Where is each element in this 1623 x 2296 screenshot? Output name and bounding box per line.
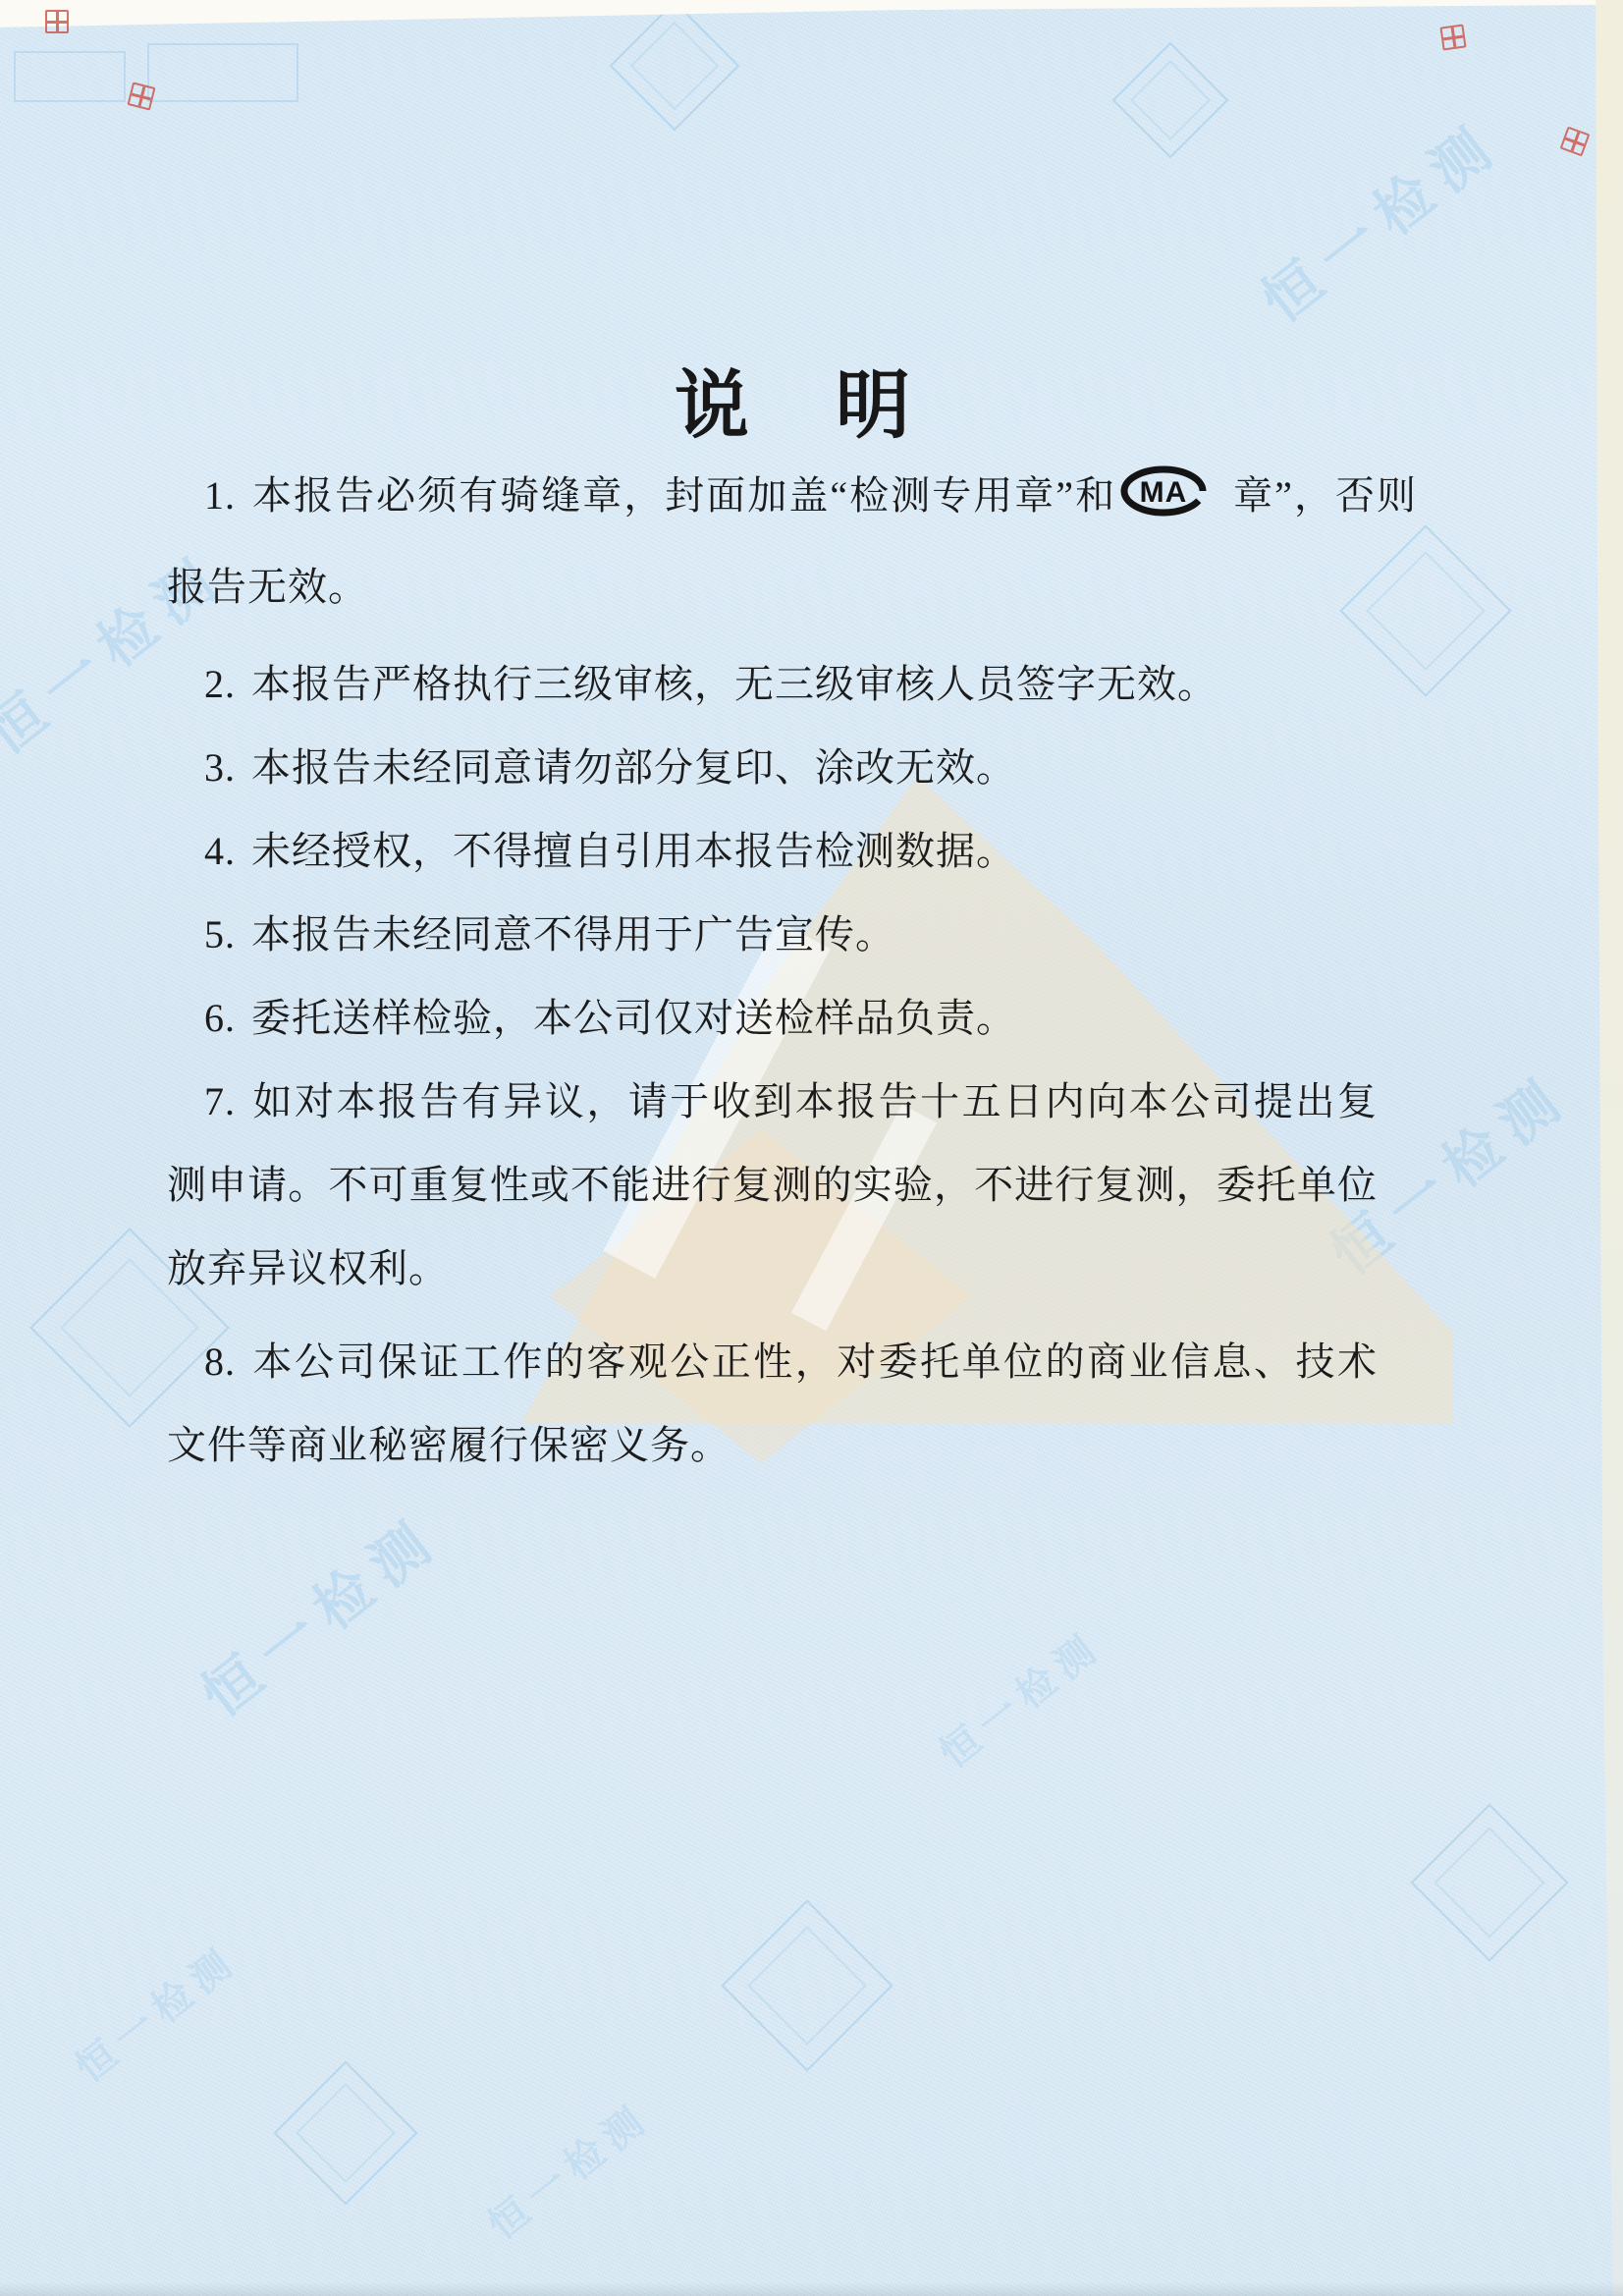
svg-text:MA: MA xyxy=(1140,476,1188,509)
item-number: 8. xyxy=(204,1339,236,1384)
watermark-company-text: 恒一检测 xyxy=(182,1493,456,1732)
item-number: 7. xyxy=(204,1079,236,1123)
notice-item-5: 5.本报告未经同意不得用于广告宣传。 xyxy=(167,893,1417,976)
watermark-diamond xyxy=(273,2060,417,2205)
watermark-rectangle xyxy=(14,51,126,102)
notice-item-2: 2.本报告严格执行三级审核，无三级审核人员签字无效。 xyxy=(167,642,1417,726)
item-text: 本报告未经同意不得用于广告宣传。 xyxy=(251,912,895,957)
red-stamp-fragment xyxy=(1439,24,1466,50)
item-number: 1. xyxy=(204,473,236,518)
item-number: 5. xyxy=(204,912,236,957)
notice-item-1: 1.本报告必须有骑缝章，封面加盖“检测专用章”和MA章”，否则报告无效。 xyxy=(167,454,1417,629)
item-text: 本报告未经同意请勿部分复印、涂改无效。 xyxy=(251,745,1016,790)
item-number: 2. xyxy=(204,662,236,706)
watermark-company-text: 恒一检测 xyxy=(1242,98,1516,338)
item-number: 6. xyxy=(204,996,236,1040)
watermark-rectangle xyxy=(147,43,298,102)
scanned-document-page: 恒一检测 恒一检测 恒一检测 恒一检测 恒一检测 恒一检测 恒一检测 说 明 1… xyxy=(0,0,1623,2296)
item-text-before-cma: 本报告必须有骑缝章，封面加盖“检测专用章”和 xyxy=(251,473,1116,518)
item-text: 未经授权，不得擅自引用本报告检测数据。 xyxy=(251,829,1016,873)
red-stamp-fragment xyxy=(1560,127,1591,157)
watermark-diamond xyxy=(1410,1803,1568,1961)
notice-item-6: 6.委托送样检验，本公司仅对送检样品负责。 xyxy=(167,976,1417,1060)
item-number: 3. xyxy=(204,745,236,790)
watermark-company-text: 恒一检测 xyxy=(62,1931,248,2094)
watermark-diamond xyxy=(610,1,740,132)
item-text: 委托送样检验，本公司仅对送检样品负责。 xyxy=(251,996,1016,1040)
notice-list: 1.本报告必须有骑缝章，封面加盖“检测专用章”和MA章”，否则报告无效。 2.本… xyxy=(167,454,1417,1487)
scanner-edge-top xyxy=(0,0,1623,33)
scanner-edge-right xyxy=(1590,0,1623,2296)
watermark-diamond xyxy=(1112,42,1229,159)
item-text: 本报告严格执行三级审核，无三级审核人员签字无效。 xyxy=(251,662,1217,706)
red-stamp-fragment xyxy=(45,10,69,33)
notice-item-7: 7.如对本报告有异议，请于收到本报告十五日内向本公司提出复测申请。不可重复性或不… xyxy=(167,1060,1417,1310)
page-title: 说 明 xyxy=(0,346,1591,453)
scanner-edge-bottom xyxy=(0,2282,1623,2296)
item-number: 4. xyxy=(204,829,236,873)
watermark-company-text: 恒一检测 xyxy=(474,2088,661,2251)
item-text: 如对本报告有异议，请于收到本报告十五日内向本公司提出复测申请。不可重复性或不能进… xyxy=(167,1079,1378,1290)
notice-item-4: 4.未经授权，不得擅自引用本报告检测数据。 xyxy=(167,809,1417,893)
item-text: 本公司保证工作的客观公正性，对委托单位的商业信息、技术文件等商业秘密履行保密义务… xyxy=(167,1339,1378,1467)
notice-item-8: 8.本公司保证工作的客观公正性，对委托单位的商业信息、技术文件等商业秘密履行保密… xyxy=(167,1320,1417,1487)
red-stamp-fragment xyxy=(127,82,155,110)
notice-item-3: 3.本报告未经同意请勿部分复印、涂改无效。 xyxy=(167,726,1417,809)
watermark-company-text: 恒一检测 xyxy=(926,1616,1112,1779)
cma-accreditation-mark-icon: MA xyxy=(1120,462,1207,545)
watermark-diamond xyxy=(721,1899,893,2071)
